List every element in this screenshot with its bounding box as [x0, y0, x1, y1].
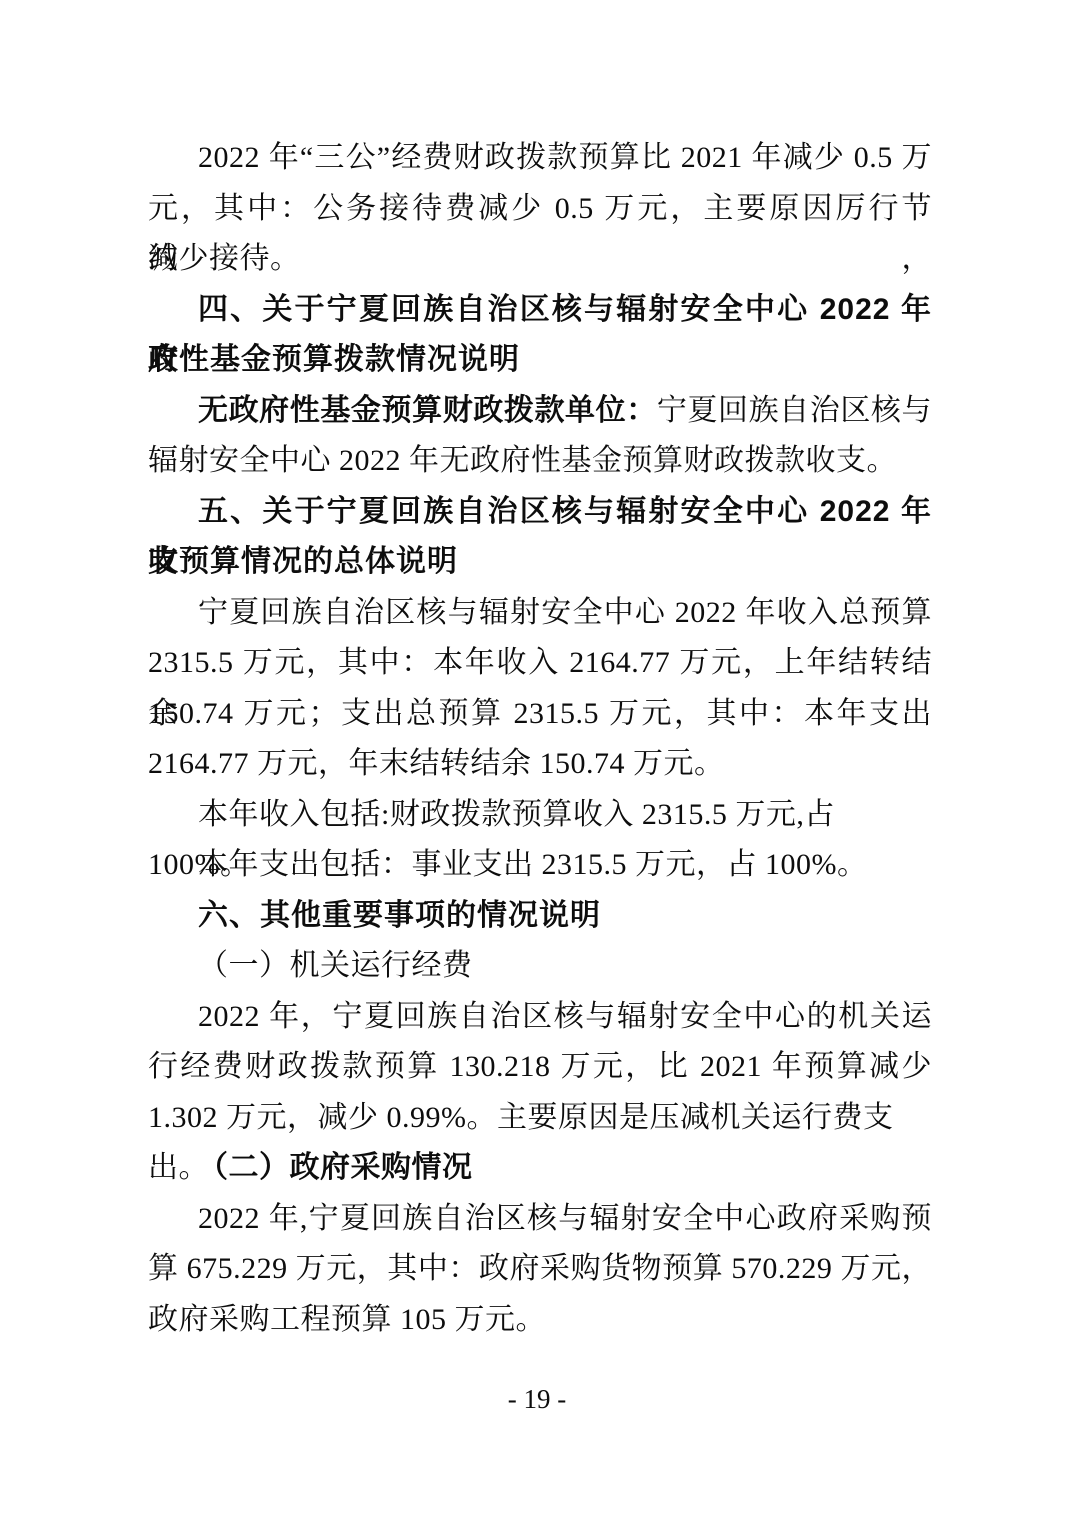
- bold-leadin-label: 无政府性基金预算财政拨款单位：: [198, 394, 657, 427]
- document-page: 2022 年“三公”经费财政拨款预算比 2021 年减少 0.5 万 元，其中：…: [0, 0, 1074, 1520]
- section-heading-5-line-1: 五、关于宁夏回族自治区核与辐射安全中心 2022 年收: [148, 487, 932, 538]
- para-expense-line: 本年支出包括：事业支出 2315.5 万元，占 100%。: [148, 840, 932, 891]
- para-sangong-line-1: 2022 年“三公”经费财政拨款预算比 2021 年减少 0.5 万: [148, 133, 932, 184]
- para-govfund-line-2: 辐射安全中心 2022 年无政府性基金预算财政拨款收支。: [148, 436, 932, 487]
- para-budget-total-line-4: 2164.77 万元，年末结转结余 150.74 万元。: [148, 739, 932, 790]
- para-sangong-line-2: 元，其中：公务接待费减少 0.5 万元，主要原因厉行节约，: [148, 184, 932, 235]
- para-operating-line-3: 1.302 万元，减少 0.99%。主要原因是压减机关运行费支出。: [148, 1093, 932, 1144]
- para-budget-total-line-1: 宁夏回族自治区核与辐射安全中心 2022 年收入总预算: [148, 588, 932, 639]
- para-operating-line-1: 2022 年，宁夏回族自治区核与辐射安全中心的机关运: [148, 992, 932, 1043]
- document-body: 2022 年“三公”经费财政拨款预算比 2021 年减少 0.5 万 元，其中：…: [148, 133, 932, 1345]
- page-number: - 19 -: [0, 1384, 1074, 1415]
- section-heading-4-line-1: 四、关于宁夏回族自治区核与辐射安全中心 2022 年政: [148, 285, 932, 336]
- para-budget-total-line-2: 2315.5 万元，其中：本年收入 2164.77 万元，上年结转结余: [148, 638, 932, 689]
- section-heading-6: 六、其他重要事项的情况说明: [148, 891, 932, 942]
- para-operating-line-2: 行经费财政拨款预算 130.218 万元，比 2021 年预算减少: [148, 1042, 932, 1093]
- subheading-6-1: （一）机关运行经费: [148, 941, 932, 992]
- para-govfund-line-1: 无政府性基金预算财政拨款单位：宁夏回族自治区核与: [148, 386, 932, 437]
- para-procurement-line-3: 政府采购工程预算 105 万元。: [148, 1295, 932, 1346]
- leadin-rest-text: 宁夏回族自治区核与: [657, 394, 932, 427]
- subheading-6-2: （二）政府采购情况: [148, 1143, 932, 1194]
- para-income-line: 本年收入包括:财政拨款预算收入 2315.5 万元,占 100%。: [148, 790, 932, 841]
- para-procurement-line-1: 2022 年,宁夏回族自治区核与辐射安全中心政府采购预: [148, 1194, 932, 1245]
- section-heading-5-line-2: 支预算情况的总体说明: [148, 537, 932, 588]
- para-budget-total-line-3: 150.74 万元；支出总预算 2315.5 万元，其中：本年支出: [148, 689, 932, 740]
- para-procurement-line-2: 算 675.229 万元，其中：政府采购货物预算 570.229 万元，: [148, 1244, 932, 1295]
- section-heading-4-line-2: 府性基金预算拨款情况说明: [148, 335, 932, 386]
